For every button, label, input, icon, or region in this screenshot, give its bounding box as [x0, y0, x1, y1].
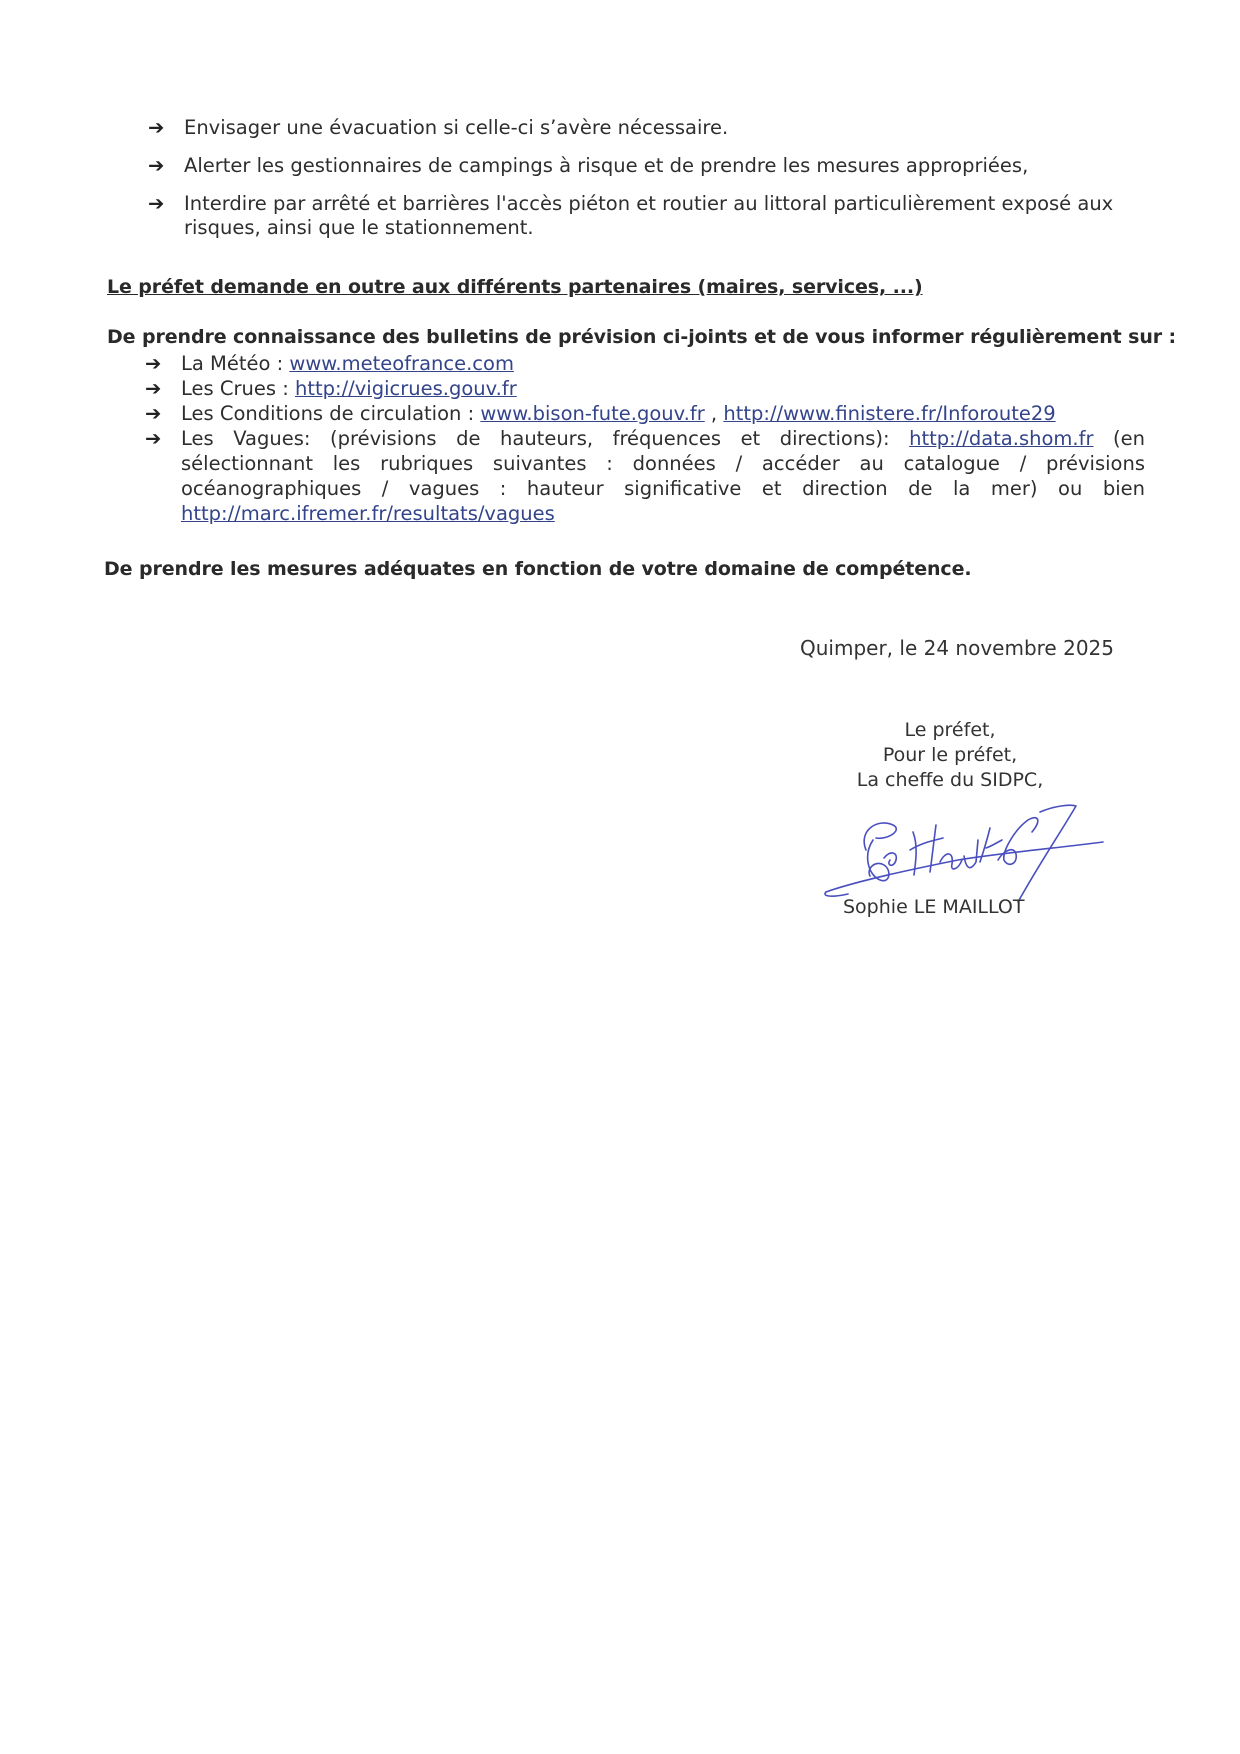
list-item-circulation: ➔ Les Conditions de circulation : www.bi…	[145, 401, 1145, 426]
crues-label: Les Crues :	[181, 377, 295, 400]
handwritten-signature-icon	[818, 780, 1108, 910]
vagues-last-line: http://marc.ifremer.fr/resultats/vagues	[181, 501, 1145, 526]
link-separator: ,	[705, 402, 724, 425]
list-item-text: Interdire par arrêté et barrières l'accè…	[184, 192, 1113, 239]
arrow-right-icon: ➔	[148, 192, 170, 216]
list-item-vagues: ➔ Les Vagues: (prévisions de hauteurs, f…	[145, 426, 1145, 526]
list-item-meteo: ➔ La Météo : www.meteofrance.com	[145, 351, 1145, 376]
action-list: ➔ Envisager une évacuation si celle-ci s…	[148, 116, 1148, 254]
arrow-right-icon: ➔	[148, 116, 170, 140]
intro-paragraph: De prendre connaissance des bulletins de…	[107, 326, 1176, 348]
shom-link[interactable]: http://data.shom.fr	[909, 427, 1093, 450]
vagues-label: Les Vagues: (prévisions de hauteurs, fré…	[181, 427, 909, 450]
vigicrues-link[interactable]: http://vigicrues.gouv.fr	[295, 377, 517, 400]
closing-paragraph: De prendre les mesures adéquates en fonc…	[104, 558, 972, 580]
meteofrance-link[interactable]: www.meteofrance.com	[289, 352, 514, 375]
info-sources-list: ➔ La Météo : www.meteofrance.com ➔ Les C…	[145, 351, 1145, 526]
arrow-right-icon: ➔	[145, 426, 167, 451]
circulation-label: Les Conditions de circulation :	[181, 402, 480, 425]
list-item-text: Envisager une évacuation si celle-ci s’a…	[184, 116, 728, 139]
dateline: Quimper, le 24 novembre 2025	[800, 636, 1114, 660]
signer-name: Sophie LE MAILLOT	[843, 896, 1024, 918]
inforoute29-link[interactable]: http://www.finistere.fr/Inforoute29	[723, 402, 1055, 425]
list-item-crues: ➔ Les Crues : http://vigicrues.gouv.fr	[145, 376, 1145, 401]
document-page: ➔ Envisager une évacuation si celle-ci s…	[0, 0, 1240, 1754]
list-item: ➔ Alerter les gestionnaires de campings …	[148, 154, 1148, 178]
meteo-label: La Météo :	[181, 352, 289, 375]
arrow-right-icon: ➔	[145, 351, 167, 376]
vagues-paragraph: Les Vagues: (prévisions de hauteurs, fré…	[181, 426, 1145, 501]
arrow-right-icon: ➔	[145, 376, 167, 401]
list-item: ➔ Envisager une évacuation si celle-ci s…	[148, 116, 1148, 140]
arrow-right-icon: ➔	[145, 401, 167, 426]
ifremer-link[interactable]: http://marc.ifremer.fr/resultats/vagues	[181, 502, 555, 525]
partners-heading: Le préfet demande en outre aux différent…	[107, 276, 923, 298]
bison-fute-link[interactable]: www.bison-fute.gouv.fr	[480, 402, 704, 425]
arrow-right-icon: ➔	[148, 154, 170, 178]
list-item: ➔ Interdire par arrêté et barrières l'ac…	[148, 192, 1148, 240]
signature-title-1: Le préfet,	[820, 718, 1080, 743]
signature-title-2: Pour le préfet,	[820, 743, 1080, 768]
list-item-text: Alerter les gestionnaires de campings à …	[184, 154, 1028, 177]
